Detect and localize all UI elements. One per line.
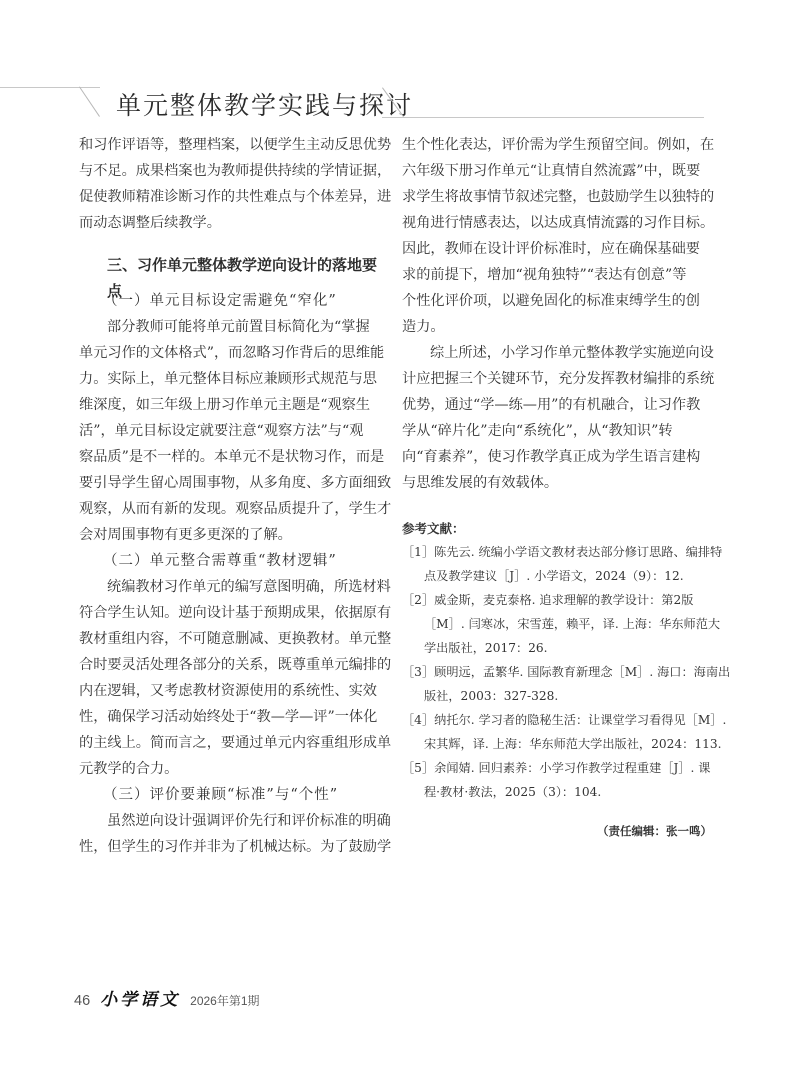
reference-item: ［4］纳托尔. 学习者的隐秘生活：让课堂学习看得见［M］. 宋其辉，译. 上海：… bbox=[402, 708, 712, 756]
reference-text: 点及教学建议［J］. 小学语文，2024（9）：12. bbox=[402, 564, 712, 588]
text-line: 个性化评价项，以避免固化的标准束缚学生的创 bbox=[402, 288, 712, 314]
text-line: 元教学的合力。 bbox=[79, 756, 391, 782]
header-title: 单元整体教学实践与探讨 bbox=[116, 86, 413, 122]
reference-number: ［4］ bbox=[402, 713, 434, 727]
text-line: 力。实际上，单元整体目标应兼顾形式规范与思 bbox=[79, 366, 391, 392]
reference-text: 顾明远，孟繁华. 国际教育新理念［M］. 海口：海南出 bbox=[434, 665, 730, 679]
paragraph-sub3: 虽然逆向设计强调评价先行和评价标准的明确 性，但学生的习作并非为了机械达标。为了… bbox=[79, 808, 391, 860]
text-line: 和习作评语等，整理档案，以便学生主动反思优势 bbox=[79, 132, 391, 158]
references-section: 参考文献： ［1］陈先云. 统编小学语文教材表达部分修订思路、编排特 点及教学建… bbox=[402, 518, 712, 844]
text-line: 优势，通过“学—练—用”的有机融合，让习作教 bbox=[402, 392, 712, 418]
reference-item: ［2］威金斯，麦克泰格. 追求理解的教学设计：第2版 ［M］. 闫寒冰，宋雪莲，… bbox=[402, 588, 712, 660]
text-line: 活”，单元目标设定就要注意“观察方法”与“观 bbox=[79, 418, 391, 444]
reference-text: 版社，2003：327-328. bbox=[402, 684, 712, 708]
subsection-heading-2: （二）单元整合需尊重“教材逻辑” bbox=[79, 548, 391, 574]
page-footer: 46 小学语文 2026年第1期 bbox=[74, 985, 260, 1010]
reference-text: 陈先云. 统编小学语文教材表达部分修订思路、编排特 bbox=[434, 545, 722, 559]
text-line: 维深度，如三年级上册习作单元主题是“观察生 bbox=[79, 392, 391, 418]
responsible-editor: （责任编辑：张一鸣） bbox=[402, 818, 712, 844]
magazine-logo: 小学语文 bbox=[100, 985, 180, 1010]
text-line: 生个性化表达，评价需为学生预留空间。例如，在 bbox=[402, 132, 712, 158]
text-line: 内在逻辑，又考虑教材资源使用的系统性、实效 bbox=[79, 678, 391, 704]
text-line: 虽然逆向设计强调评价先行和评价标准的明确 bbox=[79, 808, 391, 834]
text-line: 求学生将故事情节叙述完整，也鼓励学生以独特的 bbox=[402, 184, 712, 210]
text-line: 综上所述，小学习作单元整体教学实施逆向设 bbox=[402, 340, 712, 366]
reference-number: ［5］ bbox=[402, 761, 434, 775]
text-line: 视角进行情感表达，以达成真情流露的习作目标。 bbox=[402, 210, 712, 236]
reference-text: 程·教材·教法，2025（3）：104. bbox=[402, 780, 712, 804]
text-line: 会对周围事物有更多更深的了解。 bbox=[79, 522, 391, 548]
header-rule-diagonal-left bbox=[79, 86, 100, 116]
text-line: 促使教师精准诊断习作的共性难点与个体差异，进 bbox=[79, 184, 391, 210]
issue-label: 2026年第1期 bbox=[190, 992, 259, 1009]
reference-text: ［M］. 闫寒冰，宋雪莲，赖平，译. 上海：华东师范大 bbox=[402, 612, 712, 636]
text-line: 要引导学生留心周围事物，从多角度、多方面细致 bbox=[79, 470, 391, 496]
subsection-heading-3: （三）评价要兼顾“标准”与“个性” bbox=[79, 782, 391, 808]
text-line: 与思维发展的有效载体。 bbox=[402, 470, 712, 496]
text-line: 性，但学生的习作并非为了机械达标。为了鼓励学 bbox=[79, 834, 391, 860]
paragraph-sub1: 部分教师可能将单元前置目标简化为“掌握 单元习作的文体格式”，而忽略习作背后的思… bbox=[79, 314, 391, 548]
reference-item: ［1］陈先云. 统编小学语文教材表达部分修订思路、编排特 点及教学建议［J］. … bbox=[402, 540, 712, 588]
paragraph-archive: 和习作评语等，整理档案，以便学生主动反思优势 与不足。成果档案也为教师提供持续的… bbox=[79, 132, 391, 236]
text-line: 统编教材习作单元的编写意图明确，所选材料 bbox=[79, 574, 391, 600]
text-line: 教材重组内容，不可随意删减、更换教材。单元整 bbox=[79, 626, 391, 652]
reference-text: 纳托尔. 学习者的隐秘生活：让课堂学习看得见［M］. bbox=[434, 713, 726, 727]
reference-number: ［3］ bbox=[402, 665, 434, 679]
references-heading: 参考文献： bbox=[402, 518, 712, 540]
header-rule-bottom bbox=[382, 117, 704, 118]
right-column: 生个性化表达，评价需为学生预留空间。例如，在 六年级下册习作单元“让真情自然流露… bbox=[402, 132, 712, 844]
text-line: 与不足。成果档案也为教师提供持续的学情证据， bbox=[79, 158, 391, 184]
page-number: 46 bbox=[74, 993, 90, 1009]
text-line: 符合学生认知。逆向设计基于预期成果，依据原有 bbox=[79, 600, 391, 626]
text-line: 求的前提下，增加“视角独特”“表达有创意”等 bbox=[402, 262, 712, 288]
header-rule-top bbox=[0, 87, 100, 88]
reference-number: ［1］ bbox=[402, 545, 434, 559]
subsection-heading-1: （一）单元目标设定需避免“窄化” bbox=[79, 288, 391, 314]
text-line: 观察，从而有新的发现。观察品质提升了，学生才 bbox=[79, 496, 391, 522]
text-line: 的主线上。简而言之，要通过单元内容重组形成单 bbox=[79, 730, 391, 756]
reference-text: 威金斯，麦克泰格. 追求理解的教学设计：第2版 bbox=[434, 593, 693, 607]
reference-text: 余闻婧. 回归素养：小学习作教学过程重建［J］. 课 bbox=[434, 761, 710, 775]
text-line: 六年级下册习作单元“让真情自然流露”中，既要 bbox=[402, 158, 712, 184]
reference-number: ［2］ bbox=[402, 593, 434, 607]
text-line: 因此，教师在设计评价标准时，应在确保基础要 bbox=[402, 236, 712, 262]
section-heading: 三、习作单元整体教学逆向设计的落地要点 bbox=[79, 252, 391, 278]
reference-item: ［5］余闻婧. 回归素养：小学习作教学过程重建［J］. 课 程·教材·教法，20… bbox=[402, 756, 712, 804]
left-column: 和习作评语等，整理档案，以便学生主动反思优势 与不足。成果档案也为教师提供持续的… bbox=[79, 132, 391, 860]
text-line: 合时要灵活处理各部分的关系，既尊重单元编排的 bbox=[79, 652, 391, 678]
text-line: 向“育素养”，使习作教学真正成为学生语言建构 bbox=[402, 444, 712, 470]
journal-page: 单元整体教学实践与探讨 和习作评语等，整理档案，以便学生主动反思优势 与不足。成… bbox=[0, 0, 800, 1077]
text-line: 计应把握三个关键环节，充分发挥教材编排的系统 bbox=[402, 366, 712, 392]
reference-list: ［1］陈先云. 统编小学语文教材表达部分修订思路、编排特 点及教学建议［J］. … bbox=[402, 540, 712, 804]
reference-item: ［3］顾明远，孟繁华. 国际教育新理念［M］. 海口：海南出 版社，2003：3… bbox=[402, 660, 712, 708]
reference-text: 学出版社，2017：26. bbox=[402, 636, 712, 660]
text-line: 单元习作的文体格式”，而忽略习作背后的思维能 bbox=[79, 340, 391, 366]
text-line: 造力。 bbox=[402, 314, 712, 340]
paragraph-conclusion: 综上所述，小学习作单元整体教学实施逆向设 计应把握三个关键环节，充分发挥教材编排… bbox=[402, 340, 712, 496]
text-line: 察品质”是不一样的。本单元不是状物习作，而是 bbox=[79, 444, 391, 470]
text-line: 学从“碎片化”走向“系统化”，从“教知识”转 bbox=[402, 418, 712, 444]
paragraph-sub2: 统编教材习作单元的编写意图明确，所选材料 符合学生认知。逆向设计基于预期成果，依… bbox=[79, 574, 391, 782]
text-line: 部分教师可能将单元前置目标简化为“掌握 bbox=[79, 314, 391, 340]
paragraph-evaluation: 生个性化表达，评价需为学生预留空间。例如，在 六年级下册习作单元“让真情自然流露… bbox=[402, 132, 712, 340]
reference-text: 宋其辉，译. 上海：华东师范大学出版社，2024：113. bbox=[402, 732, 712, 756]
text-line: 性，确保学习活动始终处于“教—学—评”一体化 bbox=[79, 704, 391, 730]
text-line: 而动态调整后续教学。 bbox=[79, 210, 391, 236]
